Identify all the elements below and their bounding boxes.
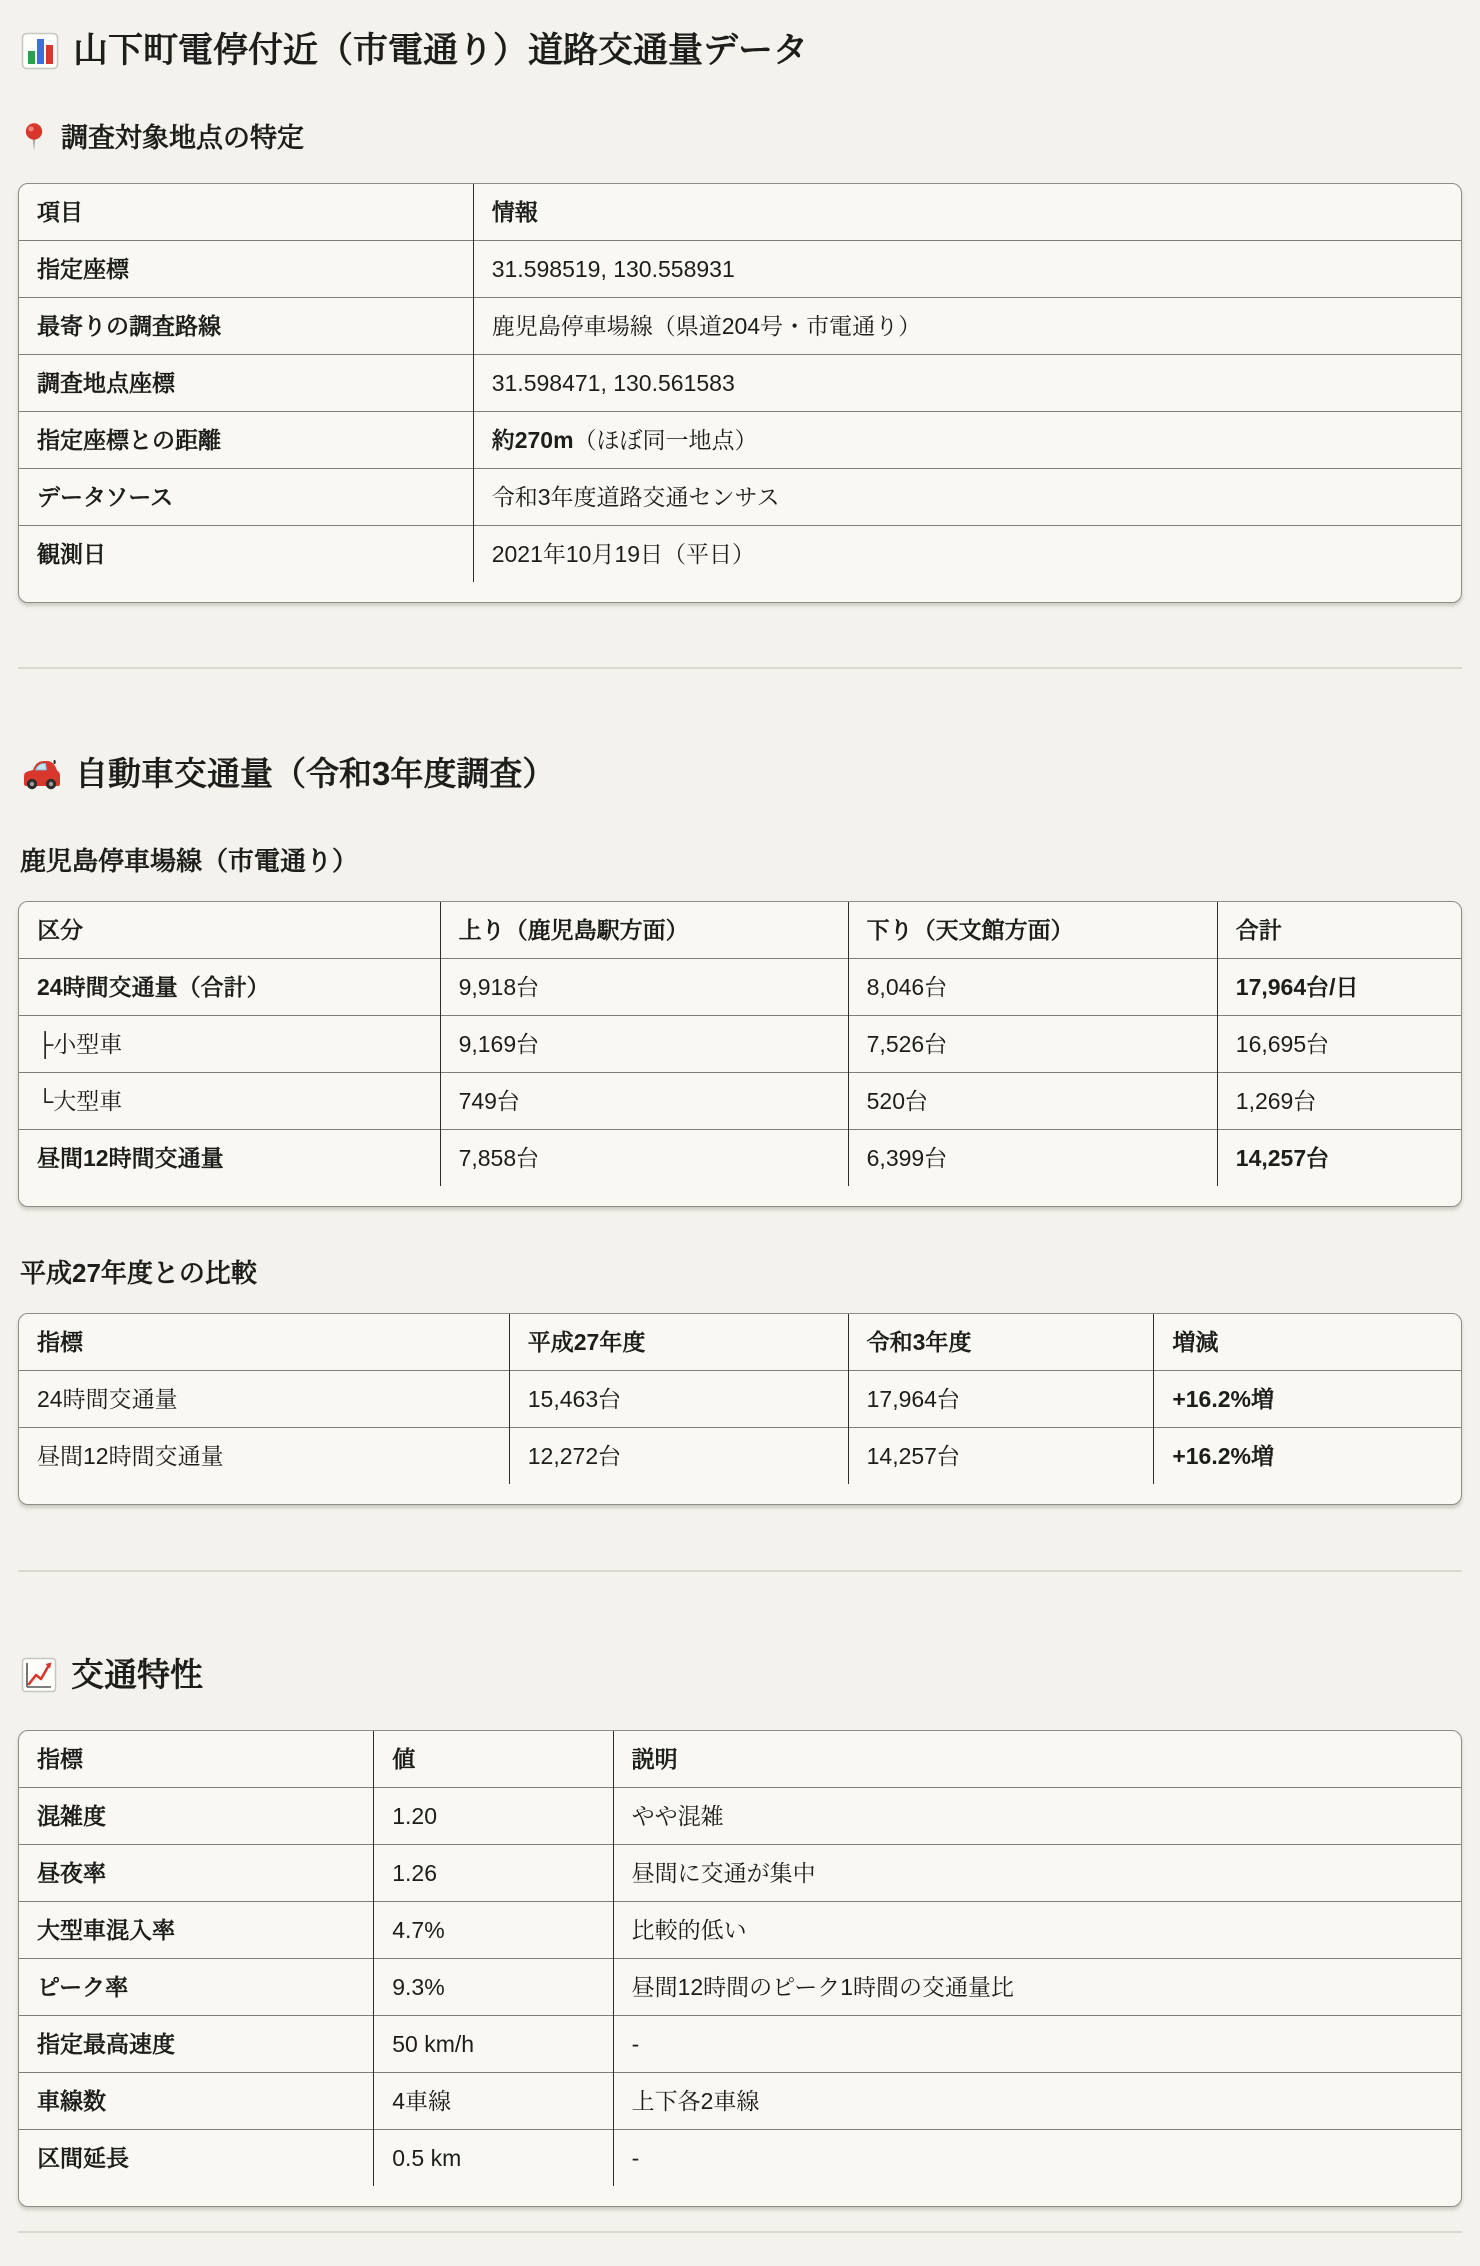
row-label: 指定座標との距離 bbox=[19, 412, 473, 469]
column-header-r3: 令和3年度 bbox=[848, 1314, 1154, 1371]
table-row: 24時間交通量 15,463台 17,964台 +16.2%増 bbox=[19, 1371, 1461, 1428]
row-description: 比較的低い bbox=[613, 1902, 1461, 1959]
table-header-row: 指標 平成27年度 令和3年度 増減 bbox=[19, 1314, 1461, 1371]
column-header-description: 説明 bbox=[613, 1731, 1461, 1788]
table-row: 昼夜率 1.26 昼間に交通が集中 bbox=[19, 1845, 1461, 1902]
road-subheading: 鹿児島停車場線（市電通り） bbox=[20, 843, 1460, 879]
row-r3-value: 14,257台 bbox=[848, 1428, 1154, 1485]
row-r3-value: 17,964台 bbox=[848, 1371, 1154, 1428]
table-row: ├小型車 9,169台 7,526台 16,695台 bbox=[19, 1016, 1461, 1073]
row-description: - bbox=[613, 2130, 1461, 2187]
table-row: 指定最高速度 50 km/h - bbox=[19, 2016, 1461, 2073]
row-value: 31.598471, 130.561583 bbox=[473, 355, 1461, 412]
row-value: 1.26 bbox=[374, 1845, 613, 1902]
column-header-up: 上り（鹿児島駅方面） bbox=[440, 902, 848, 959]
comparison-subheading: 平成27年度との比較 bbox=[20, 1255, 1460, 1291]
row-value: 1.20 bbox=[374, 1788, 613, 1845]
table-row: 指定座標との距離 約270m（ほぼ同一地点） bbox=[19, 412, 1461, 469]
chart-up-icon bbox=[20, 1656, 58, 1694]
page-title-text: 山下町電停付近（市電通り）道路交通量データ bbox=[73, 26, 808, 75]
location-table: 項目 情報 指定座標 31.598519, 130.558931 最寄りの調査路… bbox=[19, 184, 1461, 582]
pushpin-icon bbox=[20, 122, 48, 154]
column-header-down: 下り（天文館方面） bbox=[848, 902, 1217, 959]
table-row: 24時間交通量（合計） 9,918台 8,046台 17,964台/日 bbox=[19, 959, 1461, 1016]
row-metric: 車線数 bbox=[19, 2073, 374, 2130]
row-total-value: 16,695台 bbox=[1217, 1016, 1461, 1073]
row-change-value: +16.2%増 bbox=[1154, 1371, 1461, 1428]
section-divider bbox=[18, 2231, 1462, 2233]
column-header-metric: 指標 bbox=[19, 1731, 374, 1788]
row-value: 31.598519, 130.558931 bbox=[473, 241, 1461, 298]
row-down-value: 7,526台 bbox=[848, 1016, 1217, 1073]
row-label: 指定座標 bbox=[19, 241, 473, 298]
row-label: 調査地点座標 bbox=[19, 355, 473, 412]
table-header-row: 項目 情報 bbox=[19, 184, 1461, 241]
row-up-value: 9,169台 bbox=[440, 1016, 848, 1073]
table-row: 大型車混入率 4.7% 比較的低い bbox=[19, 1902, 1461, 1959]
volume-table-card: 区分 上り（鹿児島駅方面） 下り（天文館方面） 合計 24時間交通量（合計） 9… bbox=[18, 901, 1462, 1207]
section-heading-characteristics-text: 交通特性 bbox=[71, 1652, 203, 1698]
table-header-row: 区分 上り（鹿児島駅方面） 下り（天文館方面） 合計 bbox=[19, 902, 1461, 959]
table-row: └大型車 749台 520台 1,269台 bbox=[19, 1073, 1461, 1130]
row-down-value: 8,046台 bbox=[848, 959, 1217, 1016]
section-heading-characteristics: 交通特性 bbox=[20, 1652, 1460, 1698]
row-label: 観測日 bbox=[19, 526, 473, 583]
row-description: 昼間12時間のピーク1時間の交通量比 bbox=[613, 1959, 1461, 2016]
row-category: ├小型車 bbox=[19, 1016, 440, 1073]
column-header-category: 区分 bbox=[19, 902, 440, 959]
table-row: 昼間12時間交通量 7,858台 6,399台 14,257台 bbox=[19, 1130, 1461, 1187]
section-divider bbox=[18, 667, 1462, 669]
row-h27-value: 12,272台 bbox=[509, 1428, 848, 1485]
table-header-row: 指標 値 説明 bbox=[19, 1731, 1461, 1788]
distance-note: （ほぼ同一地点） bbox=[574, 427, 758, 453]
column-header-metric: 指標 bbox=[19, 1314, 509, 1371]
row-description: 昼間に交通が集中 bbox=[613, 1845, 1461, 1902]
row-metric: 昼間12時間交通量 bbox=[19, 1428, 509, 1485]
car-icon bbox=[20, 757, 62, 791]
table-row: 混雑度 1.20 やや混雑 bbox=[19, 1788, 1461, 1845]
section-heading-location-text: 調査対象地点の特定 bbox=[61, 119, 304, 157]
table-row: 最寄りの調査路線 鹿児島停車場線（県道204号・市電通り） bbox=[19, 298, 1461, 355]
row-value: 約270m（ほぼ同一地点） bbox=[473, 412, 1461, 469]
table-row: ピーク率 9.3% 昼間12時間のピーク1時間の交通量比 bbox=[19, 1959, 1461, 2016]
bar-chart-icon bbox=[20, 31, 60, 71]
row-total-value: 1,269台 bbox=[1217, 1073, 1461, 1130]
row-description: やや混雑 bbox=[613, 1788, 1461, 1845]
row-total-value: 17,964台/日 bbox=[1217, 959, 1461, 1016]
table-row: 指定座標 31.598519, 130.558931 bbox=[19, 241, 1461, 298]
row-metric: 指定最高速度 bbox=[19, 2016, 374, 2073]
table-row: 区間延長 0.5 km - bbox=[19, 2130, 1461, 2187]
row-value: 2021年10月19日（平日） bbox=[473, 526, 1461, 583]
location-table-card: 項目 情報 指定座標 31.598519, 130.558931 最寄りの調査路… bbox=[18, 183, 1462, 603]
column-header-value: 値 bbox=[374, 1731, 613, 1788]
volume-table: 区分 上り（鹿児島駅方面） 下り（天文館方面） 合計 24時間交通量（合計） 9… bbox=[19, 902, 1461, 1186]
row-description: - bbox=[613, 2016, 1461, 2073]
row-metric: 大型車混入率 bbox=[19, 1902, 374, 1959]
table-row: 観測日 2021年10月19日（平日） bbox=[19, 526, 1461, 583]
row-h27-value: 15,463台 bbox=[509, 1371, 848, 1428]
section-divider bbox=[18, 1570, 1462, 1572]
row-down-value: 6,399台 bbox=[848, 1130, 1217, 1187]
table-row: 昼間12時間交通量 12,272台 14,257台 +16.2%増 bbox=[19, 1428, 1461, 1485]
row-value: 50 km/h bbox=[374, 2016, 613, 2073]
row-total-value: 14,257台 bbox=[1217, 1130, 1461, 1187]
column-header-total: 合計 bbox=[1217, 902, 1461, 959]
row-category: └大型車 bbox=[19, 1073, 440, 1130]
row-up-value: 749台 bbox=[440, 1073, 848, 1130]
row-up-value: 7,858台 bbox=[440, 1130, 848, 1187]
characteristics-table-card: 指標 値 説明 混雑度 1.20 やや混雑 昼夜率 1.26 昼間に交通が集中 … bbox=[18, 1730, 1462, 2207]
row-description: 上下各2車線 bbox=[613, 2073, 1461, 2130]
row-up-value: 9,918台 bbox=[440, 959, 848, 1016]
row-metric: ピーク率 bbox=[19, 1959, 374, 2016]
row-value: 4.7% bbox=[374, 1902, 613, 1959]
page-title: 山下町電停付近（市電通り）道路交通量データ bbox=[20, 26, 1460, 75]
row-change-value: +16.2%増 bbox=[1154, 1428, 1461, 1485]
row-category: 24時間交通量（合計） bbox=[19, 959, 440, 1016]
document-page: 山下町電停付近（市電通り）道路交通量データ 調査対象地点の特定 項目 情報 指定… bbox=[0, 26, 1480, 2243]
row-down-value: 520台 bbox=[848, 1073, 1217, 1130]
row-value: 鹿児島停車場線（県道204号・市電通り） bbox=[473, 298, 1461, 355]
comparison-table: 指標 平成27年度 令和3年度 増減 24時間交通量 15,463台 17,96… bbox=[19, 1314, 1461, 1484]
row-label: 最寄りの調査路線 bbox=[19, 298, 473, 355]
column-header-h27: 平成27年度 bbox=[509, 1314, 848, 1371]
characteristics-table: 指標 値 説明 混雑度 1.20 やや混雑 昼夜率 1.26 昼間に交通が集中 … bbox=[19, 1731, 1461, 2186]
column-header-change: 増減 bbox=[1154, 1314, 1461, 1371]
section-heading-traffic-text: 自動車交通量（令和3年度調査） bbox=[75, 751, 555, 797]
row-value: 4車線 bbox=[374, 2073, 613, 2130]
table-row: データソース 令和3年度道路交通センサス bbox=[19, 469, 1461, 526]
table-row: 車線数 4車線 上下各2車線 bbox=[19, 2073, 1461, 2130]
distance-value: 約270m bbox=[492, 427, 574, 453]
section-heading-location: 調査対象地点の特定 bbox=[20, 119, 1460, 157]
column-header-info: 情報 bbox=[473, 184, 1461, 241]
row-label: データソース bbox=[19, 469, 473, 526]
row-metric: 昼夜率 bbox=[19, 1845, 374, 1902]
row-value: 令和3年度道路交通センサス bbox=[473, 469, 1461, 526]
section-heading-traffic: 自動車交通量（令和3年度調査） bbox=[20, 751, 1460, 797]
comparison-table-card: 指標 平成27年度 令和3年度 増減 24時間交通量 15,463台 17,96… bbox=[18, 1313, 1462, 1505]
row-metric: 混雑度 bbox=[19, 1788, 374, 1845]
row-value: 9.3% bbox=[374, 1959, 613, 2016]
table-row: 調査地点座標 31.598471, 130.561583 bbox=[19, 355, 1461, 412]
row-metric: 区間延長 bbox=[19, 2130, 374, 2187]
row-category: 昼間12時間交通量 bbox=[19, 1130, 440, 1187]
row-metric: 24時間交通量 bbox=[19, 1371, 509, 1428]
row-value: 0.5 km bbox=[374, 2130, 613, 2187]
column-header-item: 項目 bbox=[19, 184, 473, 241]
